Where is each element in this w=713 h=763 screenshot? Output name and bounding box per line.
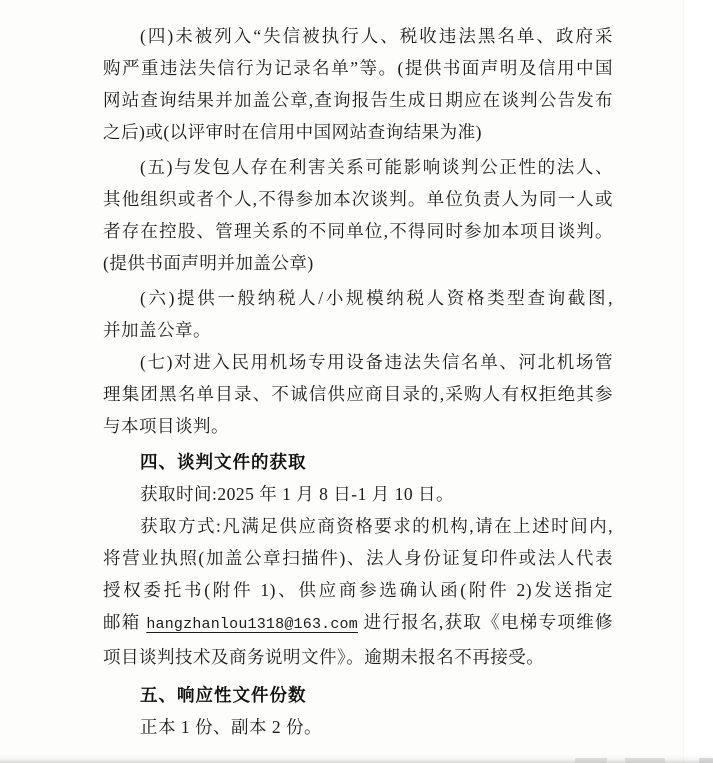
doc-line: (五)与发包人存在利害关系可能影响谈判公正性的法人、 bbox=[103, 151, 613, 183]
window-bottom-edge bbox=[0, 755, 713, 763]
document-page: (四)未被列入“失信被执行人、税收违法黑名单、政府采 购严重违法失信行为记录名单… bbox=[0, 0, 684, 763]
doc-line: 授权委托书(附件 1)、供应商参选确认函(附件 2)发送指定 bbox=[103, 574, 613, 606]
doc-line-copy-counts: 正本 1 份、副本 2 份。 bbox=[103, 711, 613, 743]
section-heading-response-copies: 五、响应性文件份数 bbox=[103, 679, 613, 711]
doc-line: (六)提供一般纳税人/小规模纳税人资格类型查询截图, bbox=[103, 282, 613, 314]
doc-line: (七)对进入民用机场专用设备违法失信名单、河北机场管 bbox=[103, 346, 613, 378]
doc-line: 项目谈判技术及商务说明文件》。逾期未报名不再接受。 bbox=[103, 641, 613, 673]
email-line-pre: 邮箱 bbox=[103, 612, 146, 632]
doc-line: 理集团黑名单目录、不诚信供应商目录的,采购人有权拒绝其参 bbox=[103, 378, 613, 410]
doc-line: 者存在控股、管理关系的不同单位,不得同时参加本项目谈判。 bbox=[103, 215, 613, 247]
doc-line: 与本项目谈判。 bbox=[103, 410, 613, 442]
email-link[interactable]: hangzhanlou1318@163.com bbox=[146, 616, 358, 633]
doc-line: 之后)或(以评审时在信用中国网站查询结果为准) bbox=[103, 116, 613, 148]
section-heading-negotiation-documents: 四、谈判文件的获取 bbox=[103, 446, 613, 478]
doc-line: 获取方式:凡满足供应商资格要求的机构,请在上述时间内, bbox=[103, 510, 613, 542]
bottom-edge-shadow-segment bbox=[575, 758, 607, 763]
bottom-edge-shadow-segment bbox=[699, 758, 713, 763]
doc-line-email: 邮箱 hangzhanlou1318@163.com 进行报名,获取《电梯专项维… bbox=[103, 606, 613, 641]
doc-line: 将营业执照(加盖公章扫描件)、法人身份证复印件或法人代表 bbox=[103, 542, 613, 574]
email-line-post: 进行报名,获取《电梯专项维修 bbox=[358, 612, 613, 632]
bottom-edge-shadow-segment bbox=[625, 758, 665, 763]
doc-line: 并加盖公章。 bbox=[103, 314, 613, 346]
doc-line: 购严重违法失信行为记录名单”等。(提供书面声明及信用中国 bbox=[103, 52, 613, 84]
doc-line: (四)未被列入“失信被执行人、税收违法黑名单、政府采 bbox=[103, 20, 613, 52]
doc-line: 网站查询结果并加盖公章,查询报告生成日期应在谈判公告发布 bbox=[103, 84, 613, 116]
doc-line: (提供书面声明并加盖公章) bbox=[103, 247, 613, 279]
document-viewer: (四)未被列入“失信被执行人、税收违法黑名单、政府采 购严重违法失信行为记录名单… bbox=[0, 0, 713, 763]
doc-line: 其他组织或者个人,不得参加本次谈判。单位负责人为同一人或 bbox=[103, 183, 613, 215]
document-text-block: (四)未被列入“失信被执行人、税收违法黑名单、政府采 购严重违法失信行为记录名单… bbox=[103, 20, 613, 743]
doc-line-acquisition-time: 获取时间:2025 年 1 月 8 日-1 月 10 日。 bbox=[103, 478, 613, 510]
